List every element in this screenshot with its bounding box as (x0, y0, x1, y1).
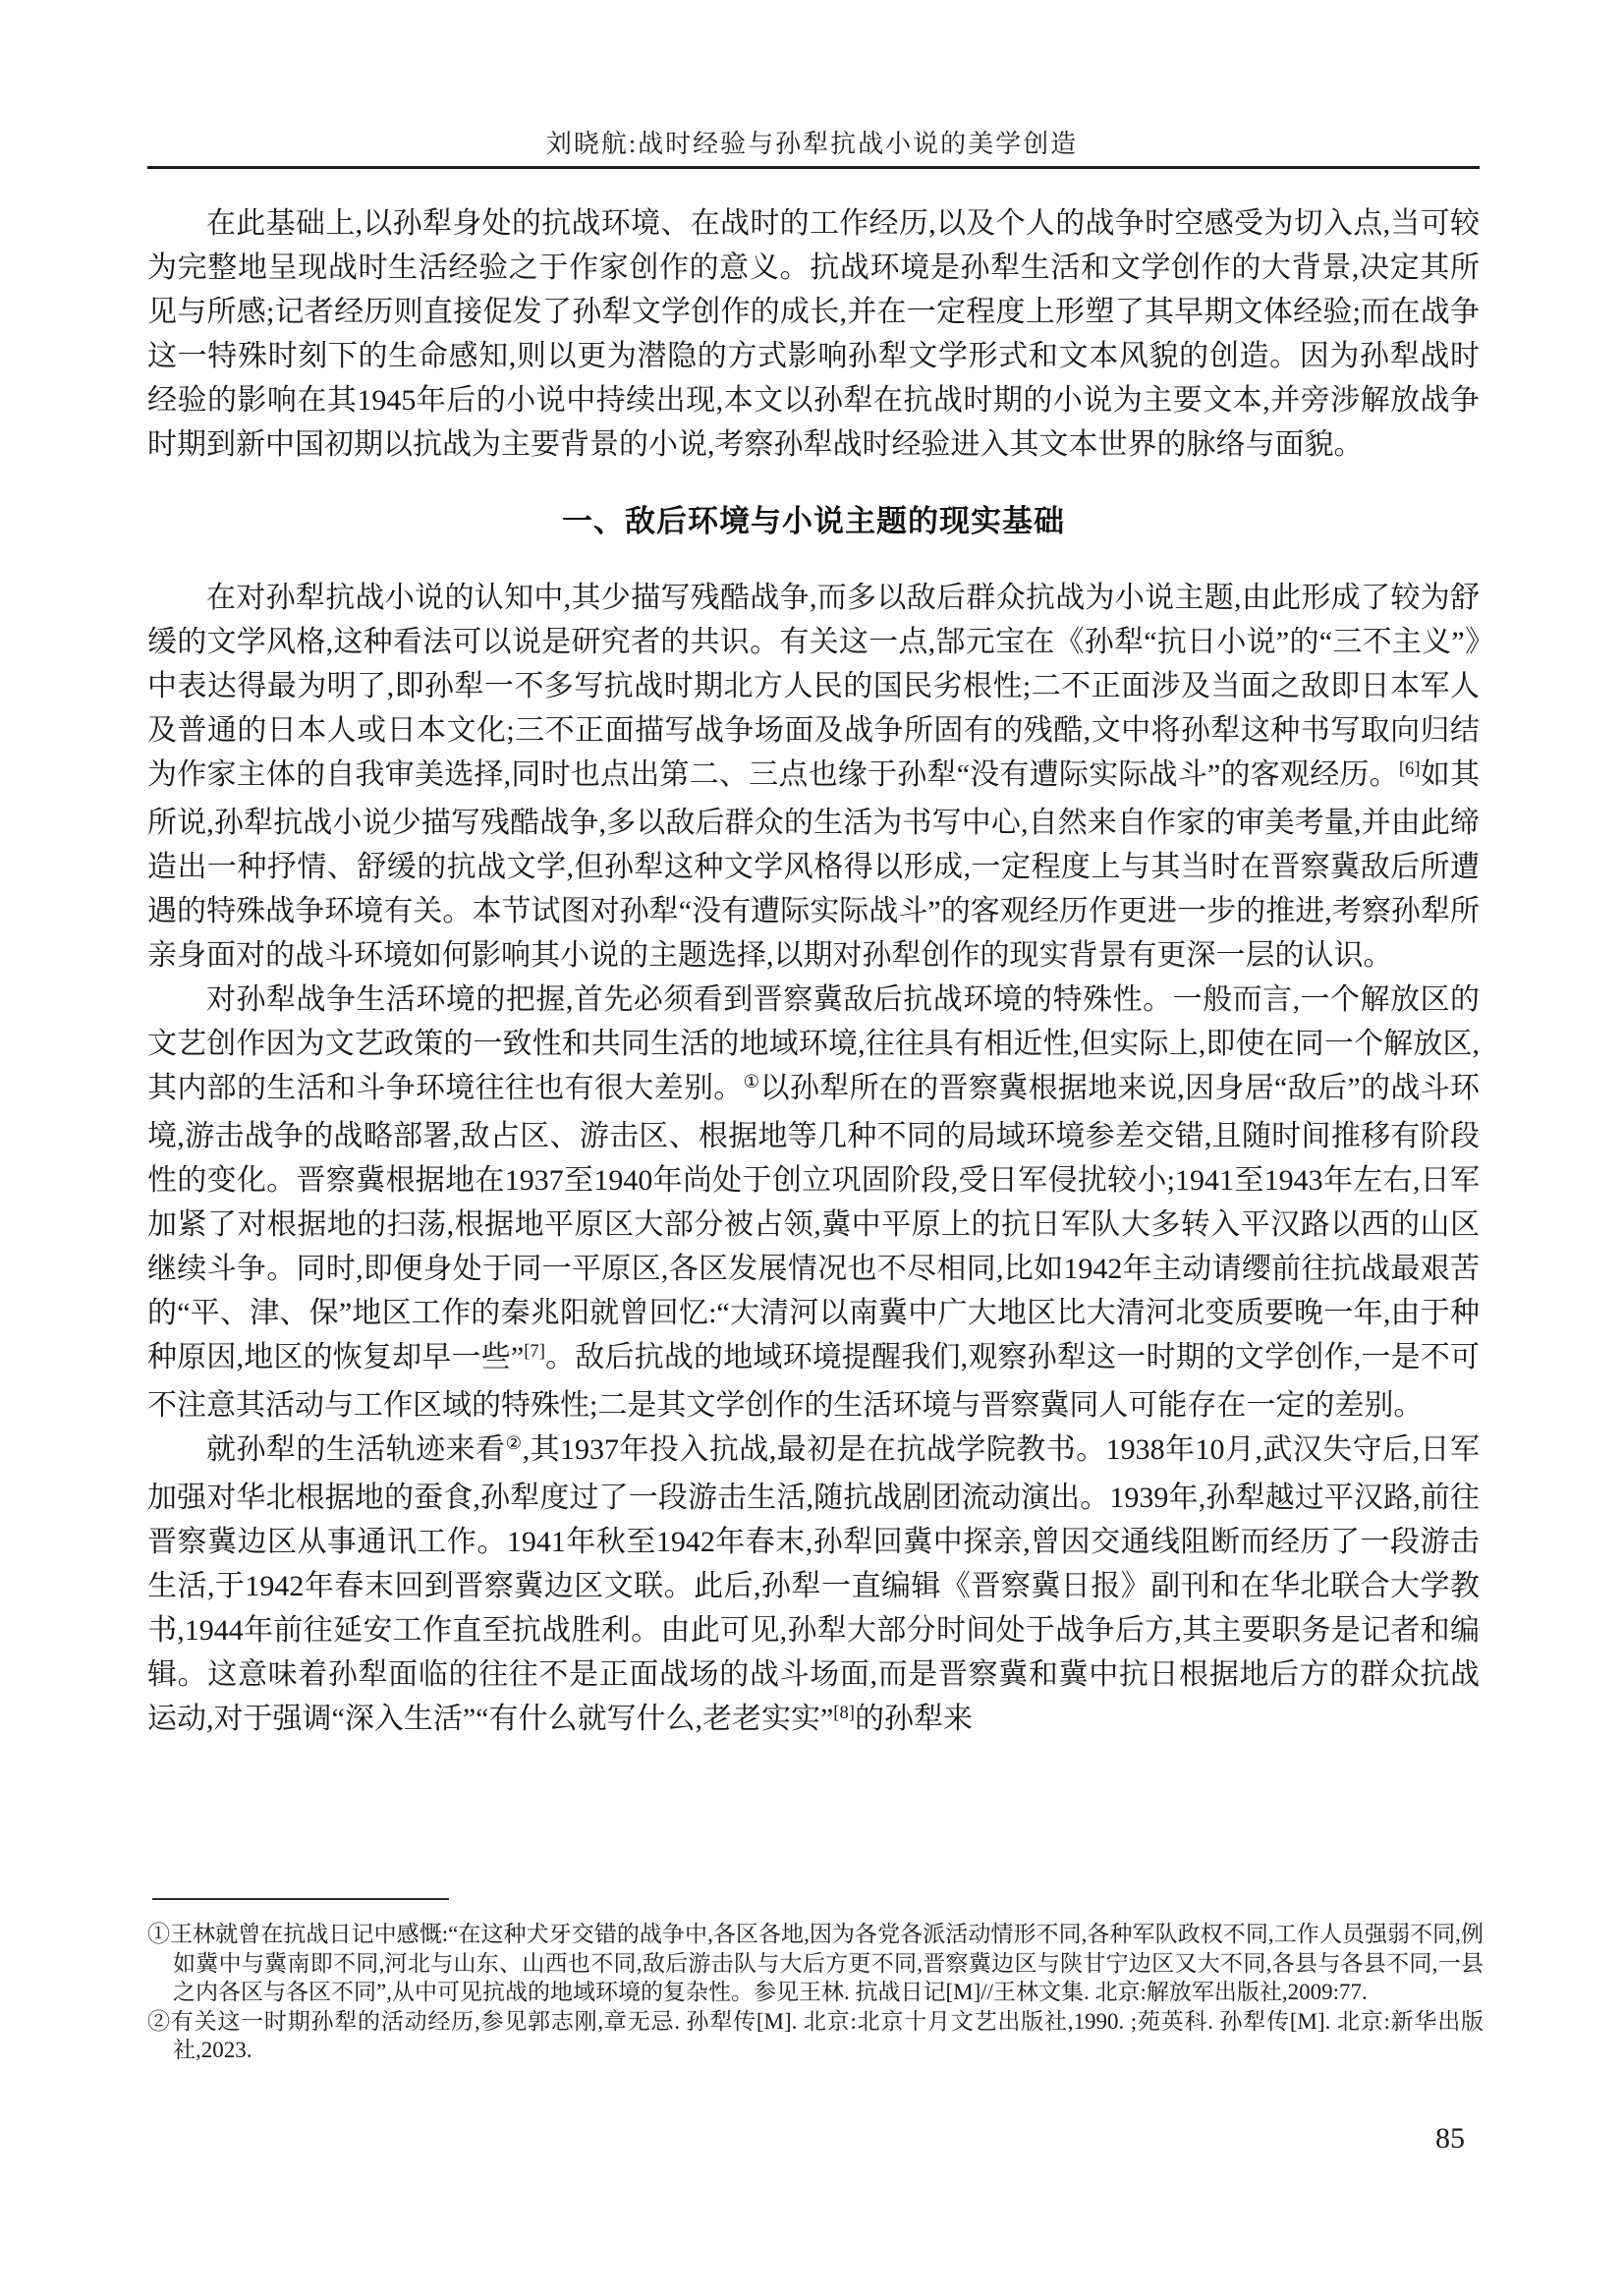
citation-marker: [8] (833, 1703, 855, 1723)
footnote-text: 王林就曾在抗战日记中感慨:“在这种犬牙交错的战争中,各区各地,因为各党各派活动情… (170, 1922, 1484, 2004)
text-run: 在对孙犁抗战小说的认知中,其少描写残酷战争,而多以敌后群众抗战为小说主题,由此形… (147, 582, 1480, 791)
text-run: 以孙犁所在的晋察冀根据地来说,因身居“敌后”的战斗环境,游击战争的战略部署,敌占… (147, 1072, 1480, 1373)
citation-marker: ② (506, 1433, 523, 1454)
paragraph: 在此基础上,以孙犁身处的抗战环境、在战时的工作经历,以及个人的战争时空感受为切入… (147, 201, 1480, 467)
paragraph: 在对孙犁抗战小说的认知中,其少描写残酷战争,而多以敌后群众抗战为小说主题,由此形… (147, 576, 1480, 978)
journal-page: 刘晓航:战时经验与孙犁抗战小说的美学创造 在此基础上,以孙犁身处的抗战环境、在战… (0, 0, 1624, 2295)
footnote: ①王林就曾在抗战日记中感慨:“在这种犬牙交错的战争中,各区各地,因为各党各派活动… (147, 1920, 1484, 2007)
footnote-separator (152, 1898, 449, 1900)
section-paragraphs: 在对孙犁抗战小说的认知中,其少描写残酷战争,而多以敌后群众抗战为小说主题,由此形… (147, 576, 1480, 1745)
footnote-marker: ① (147, 1922, 170, 1946)
paragraph: 就孙犁的生活轨迹来看②,其1937年投入抗战,最初是在抗战学院教书。1938年1… (147, 1427, 1480, 1745)
section-heading: 一、敌后环境与小说主题的现实基础 (147, 499, 1480, 543)
footnote-marker: ② (147, 2009, 171, 2034)
text-run: 的孙犁来 (855, 1703, 973, 1735)
citation-marker: [7] (524, 1341, 545, 1362)
footnotes: ①王林就曾在抗战日记中感慨:“在这种犬牙交错的战争中,各区各地,因为各党各派活动… (147, 1920, 1484, 2065)
running-header: 刘晓航:战时经验与孙犁抗战小说的美学创造 (0, 124, 1624, 160)
intro-paragraphs: 在此基础上,以孙犁身处的抗战环境、在战时的工作经历,以及个人的战争时空感受为切入… (147, 201, 1480, 467)
header-rule (147, 166, 1480, 169)
paragraph: 对孙犁战争生活环境的把握,首先必须看到晋察冀敌后抗战环境的特殊性。一般而言,一个… (147, 978, 1480, 1427)
text-run: 在此基础上,以孙犁身处的抗战环境、在战时的工作经历,以及个人的战争时空感受为切入… (147, 207, 1480, 461)
text-run: ,其1937年投入抗战,最初是在抗战学院教书。1938年10月,武汉失守后,日军… (147, 1433, 1480, 1735)
citation-marker: [6] (1399, 758, 1421, 779)
footnote-text: 有关这一时期孙犁的活动经历,参见郭志刚,章无忌. 孙犁传[M]. 北京:北京十月… (171, 2009, 1484, 2063)
page-number: 85 (1435, 2122, 1465, 2155)
citation-marker: ① (744, 1072, 760, 1092)
article-body: 在此基础上,以孙犁身处的抗战环境、在战时的工作经历,以及个人的战争时空感受为切入… (147, 201, 1480, 1745)
text-run: 就孙犁的生活轨迹来看 (206, 1433, 506, 1466)
footnote: ②有关这一时期孙犁的活动经历,参见郭志刚,章无忌. 孙犁传[M]. 北京:北京十… (147, 2007, 1484, 2065)
